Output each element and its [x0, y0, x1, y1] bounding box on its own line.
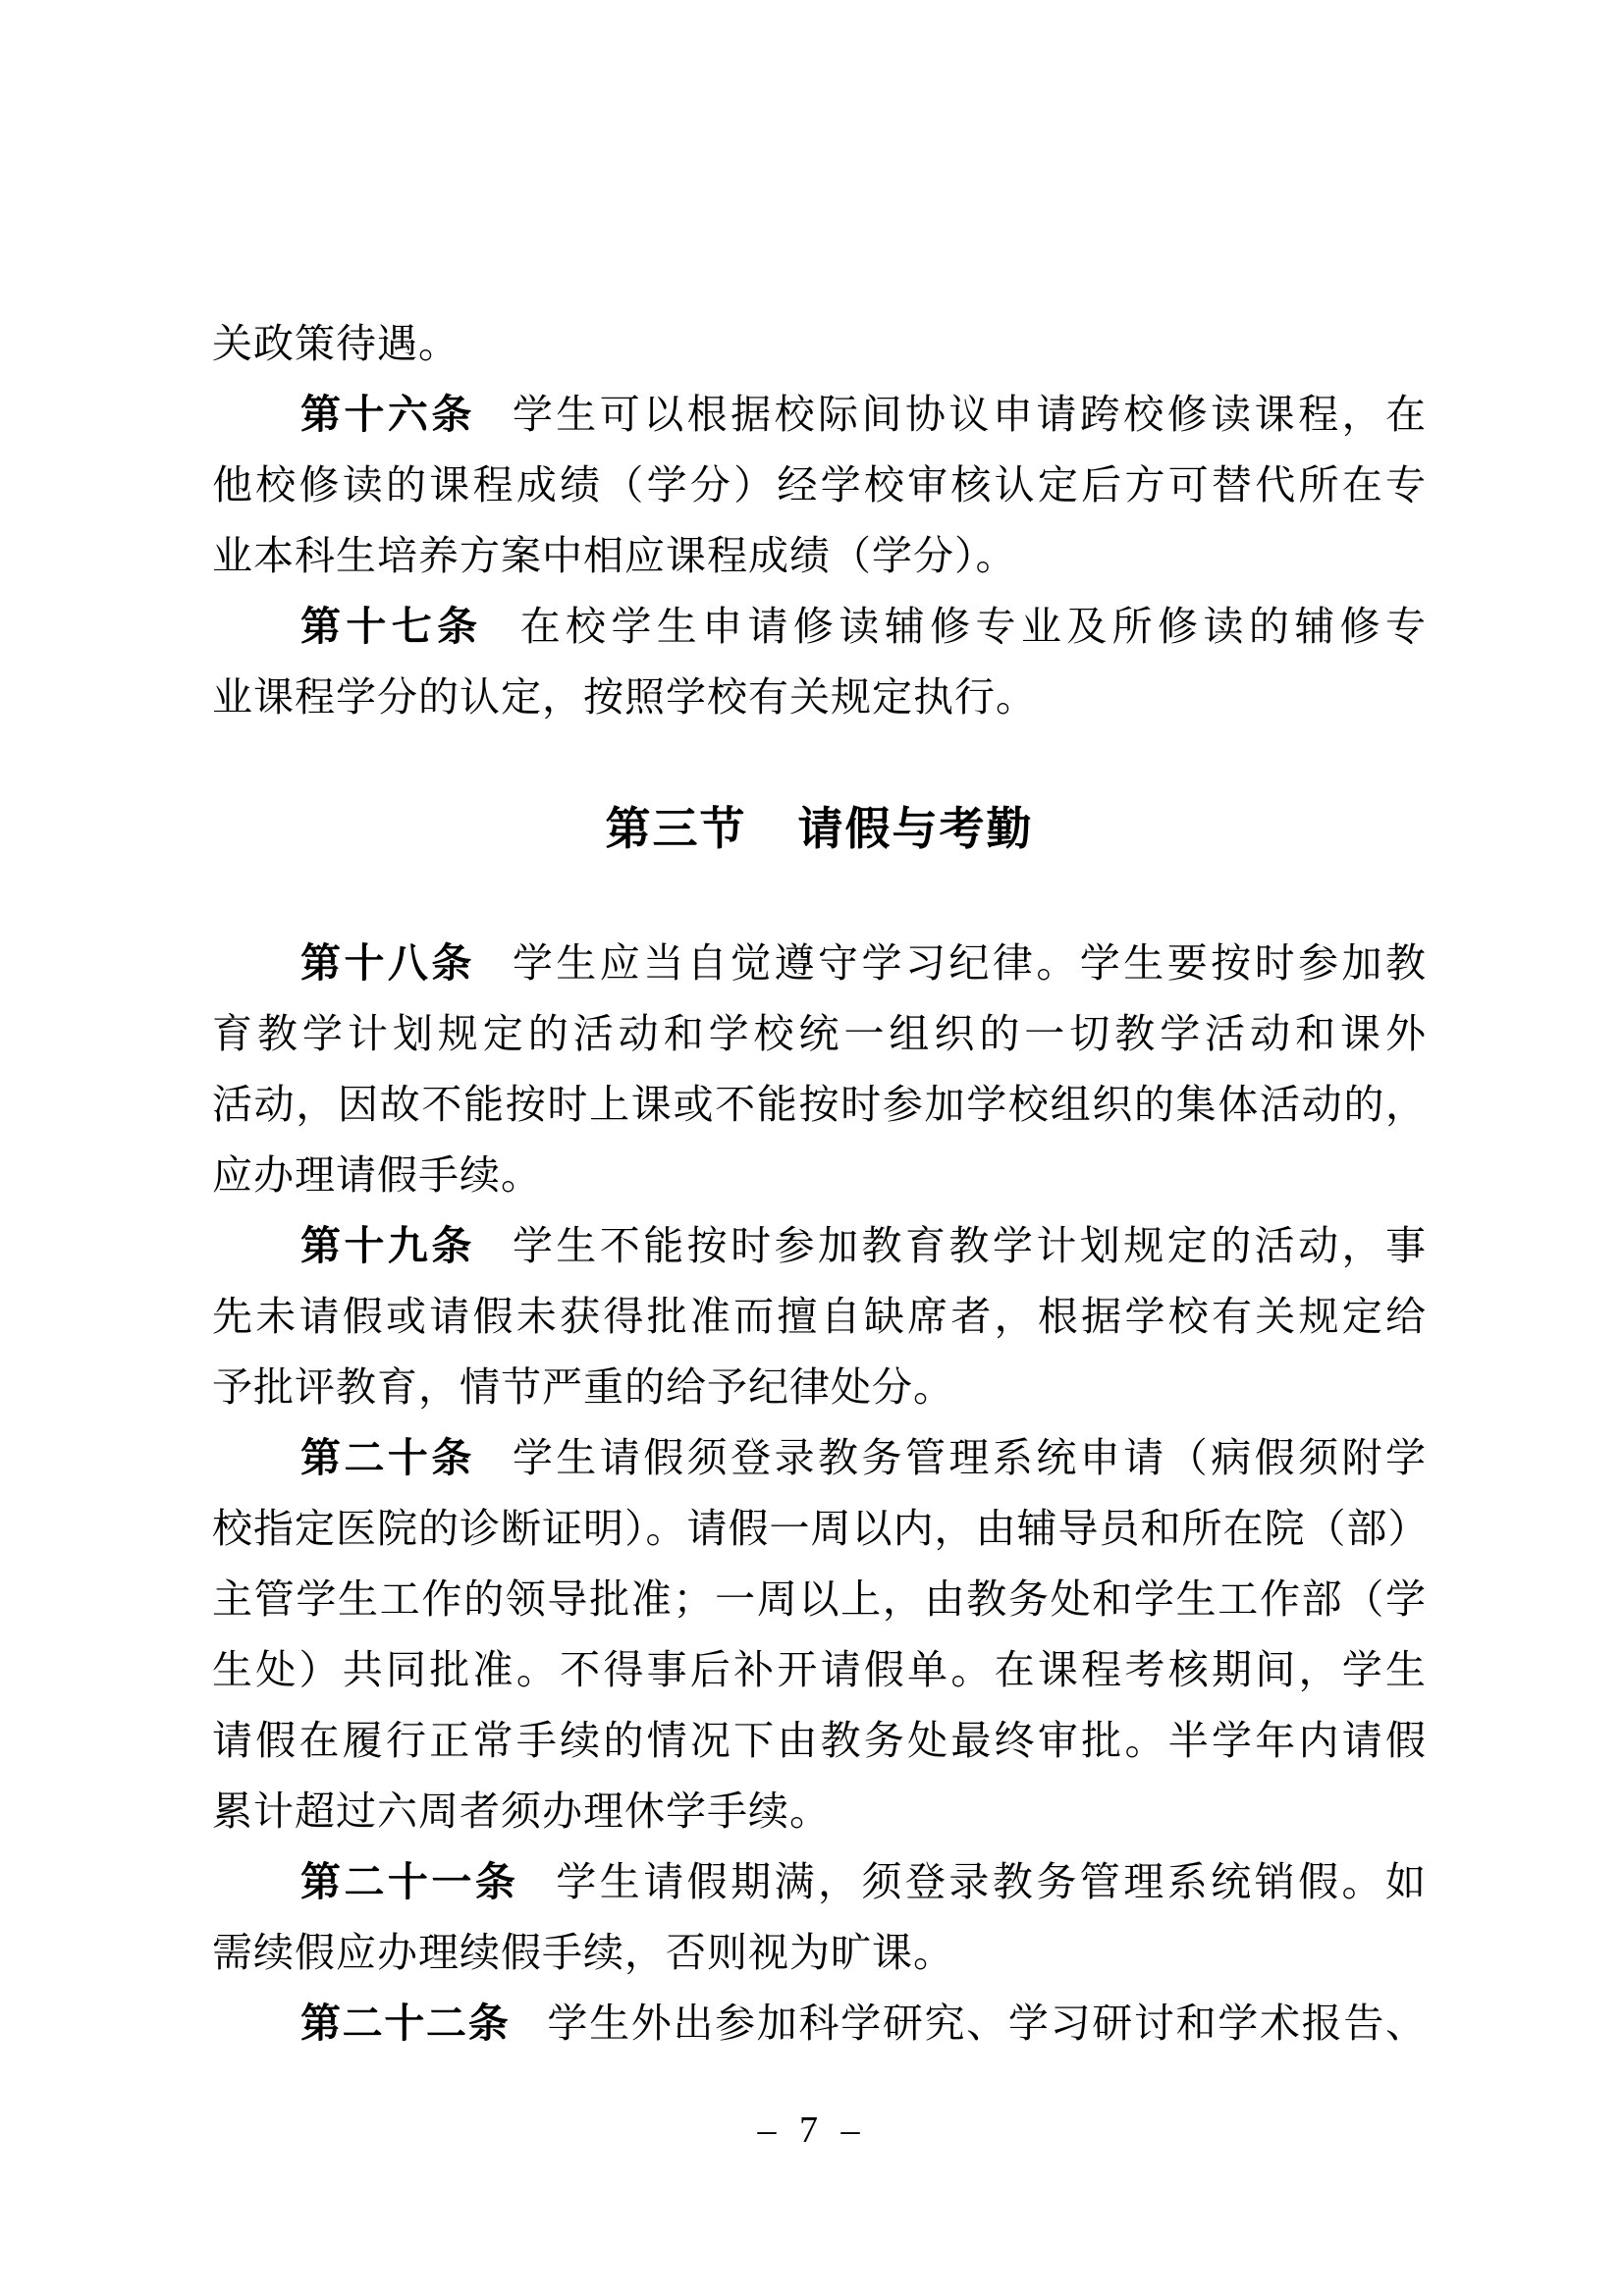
text-line: 他校修读的课程成绩（学分）经学校审核认定后方可替代所在专 [212, 450, 1427, 520]
line-text: 学生请假须登录教务管理系统申请（病假须附学 [513, 1435, 1427, 1480]
line-text: 育教学计划规定的活动和学校统一组织的一切教学活动和课外 [212, 1011, 1427, 1056]
text-line: 予批评教育，情节严重的给予纪律处分。 [212, 1352, 1427, 1422]
article-number: 第十八条 [300, 940, 475, 986]
text-line: 活动，因故不能按时上课或不能按时参加学校组织的集体活动的， [212, 1069, 1427, 1140]
article-18: 第十八条学生应当自觉遵守学习纪律。学生要按时参加教 育教学计划规定的活动和学校统… [212, 928, 1427, 1210]
text-line: 校指定医院的诊断证明）。请假一周以内，由辅导员和所在院（部） [212, 1493, 1427, 1564]
text-line: 需续假应办理续假手续，否则视为旷课。 [212, 1917, 1427, 1988]
text-line: 第二十条学生请假须登录教务管理系统申请（病假须附学 [212, 1422, 1427, 1493]
text-line: 第二十二条学生外出参加科学研究、学习研讨和学术报告、 [212, 1988, 1427, 2058]
line-text: 累计超过六周者须办理休学手续。 [212, 1789, 831, 1834]
line-text: 他校修读的课程成绩（学分）经学校审核认定后方可替代所在专 [212, 462, 1427, 507]
line-text: 活动，因故不能按时上课或不能按时参加学校组织的集体活动的， [212, 1082, 1427, 1127]
paragraph-continuation: 关政策待遇。 [212, 308, 1427, 379]
article-19: 第十九条学生不能按时参加教育教学计划规定的活动，事 先未请假或请假未获得批准而擅… [212, 1210, 1427, 1422]
section-heading-title: 请假与考勤 [798, 804, 1034, 854]
line-text: 生处）共同批准。不得事后补开请假单。在课程考核期间，学生 [212, 1647, 1427, 1692]
article-number: 第二十条 [300, 1435, 475, 1480]
line-text: 业本科生培养方案中相应课程成绩（学分）。 [212, 533, 1017, 578]
line-text: 请假在履行正常手续的情况下由教务处最终审批。半学年内请假 [212, 1718, 1427, 1763]
text-line: 应办理请假手续。 [212, 1140, 1427, 1210]
line-text: 学生外出参加科学研究、学习研讨和学术报告、 [547, 2001, 1427, 2046]
text-line: 第十七条在校学生申请修读辅修专业及所修读的辅修专 [212, 591, 1427, 662]
line-text: 主管学生工作的领导批准；一周以上，由教务处和学生工作部（学 [212, 1576, 1427, 1622]
article-20: 第二十条学生请假须登录教务管理系统申请（病假须附学 校指定医院的诊断证明）。请假… [212, 1422, 1427, 1846]
line-text: 校指定医院的诊断证明）。请假一周以内，由辅导员和所在院（部） [212, 1506, 1430, 1551]
line-text: 学生请假期满，须登录教务管理系统销假。如 [556, 1859, 1427, 1904]
line-text: 业课程学分的认定，按照学校有关规定执行。 [212, 674, 1037, 720]
section-heading: 第三节请假与考勤 [212, 794, 1427, 865]
line-text: 学生应当自觉遵守学习纪律。学生要按时参加教 [513, 940, 1427, 986]
article-number: 第十六条 [300, 392, 475, 437]
article-21: 第二十一条学生请假期满，须登录教务管理系统销假。如 需续假应办理续假手续，否则视… [212, 1846, 1427, 1988]
article-number: 第二十二条 [300, 2001, 510, 2046]
text-line: 第十八条学生应当自觉遵守学习纪律。学生要按时参加教 [212, 928, 1427, 998]
body-text: 关政策待遇。 第十六条学生可以根据校际间协议申请跨校修读课程，在 他校修读的课程… [212, 308, 1427, 2058]
article-22: 第二十二条学生外出参加科学研究、学习研讨和学术报告、 [212, 1988, 1427, 2058]
line-text: 先未请假或请假未获得批准而擅自缺席者，根据学校有关规定给 [212, 1294, 1427, 1339]
text-line: 第十六条学生可以根据校际间协议申请跨校修读课程，在 [212, 379, 1427, 450]
text-line: 关政策待遇。 [212, 308, 1427, 379]
text-line: 先未请假或请假未获得批准而擅自缺席者，根据学校有关规定给 [212, 1281, 1427, 1352]
article-16: 第十六条学生可以根据校际间协议申请跨校修读课程，在 他校修读的课程成绩（学分）经… [212, 379, 1427, 591]
line-text: 关政策待遇。 [212, 321, 460, 366]
text-line: 主管学生工作的领导批准；一周以上，由教务处和学生工作部（学 [212, 1564, 1427, 1634]
text-line: 累计超过六周者须办理休学手续。 [212, 1776, 1427, 1846]
document-page: 关政策待遇。 第十六条学生可以根据校际间协议申请跨校修读课程，在 他校修读的课程… [0, 0, 1624, 2296]
article-number: 第十九条 [300, 1223, 475, 1268]
article-number: 第十七条 [300, 604, 483, 649]
line-text: 应办理请假手续。 [212, 1152, 542, 1198]
text-line: 第十九条学生不能按时参加教育教学计划规定的活动，事 [212, 1210, 1427, 1281]
text-line: 请假在履行正常手续的情况下由教务处最终审批。半学年内请假 [212, 1705, 1427, 1776]
text-line: 育教学计划规定的活动和学校统一组织的一切教学活动和课外 [212, 998, 1427, 1069]
line-text: 学生可以根据校际间协议申请跨校修读课程，在 [513, 392, 1427, 437]
line-text: 在校学生申请修读辅修专业及所修读的辅修专 [520, 604, 1427, 649]
line-text: 予批评教育，情节严重的给予纪律处分。 [212, 1364, 954, 1410]
article-17: 第十七条在校学生申请修读辅修专业及所修读的辅修专 业课程学分的认定，按照学校有关… [212, 591, 1427, 732]
text-line: 第二十一条学生请假期满，须登录教务管理系统销假。如 [212, 1846, 1427, 1917]
text-line: 业课程学分的认定，按照学校有关规定执行。 [212, 662, 1427, 732]
line-text: 需续假应办理续假手续，否则视为旷课。 [212, 1930, 954, 1975]
text-line: 业本科生培养方案中相应课程成绩（学分）。 [212, 520, 1427, 591]
page-footer: – 7 – [0, 2101, 1624, 2160]
line-text: 学生不能按时参加教育教学计划规定的活动，事 [513, 1223, 1427, 1268]
text-line: 生处）共同批准。不得事后补开请假单。在课程考核期间，学生 [212, 1634, 1427, 1705]
section-heading-label: 第三节 [606, 804, 747, 854]
article-number: 第二十一条 [300, 1859, 518, 1904]
page-number: – 7 – [758, 2109, 867, 2151]
